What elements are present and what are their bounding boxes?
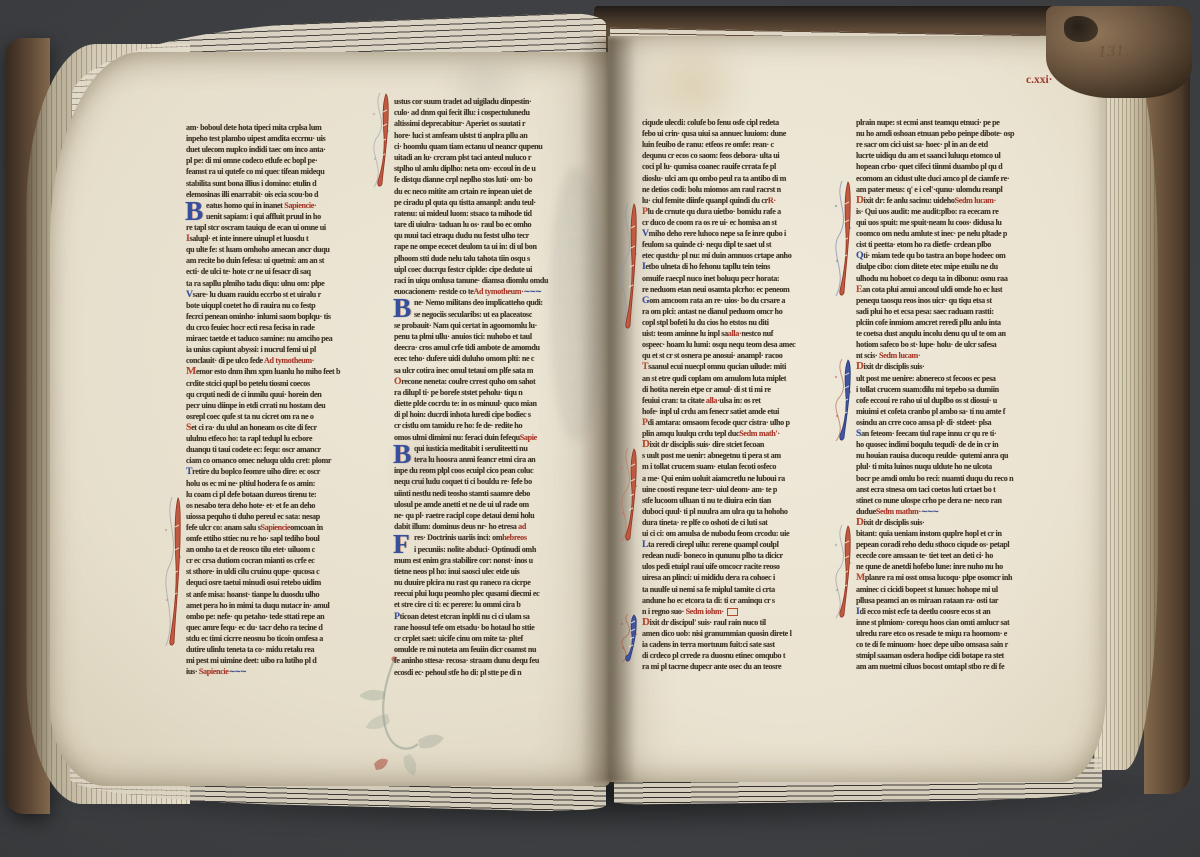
text-line: febo ui crin· qusa uiui sa annuec luuiom… — [642, 128, 830, 139]
text-line: hore· luci st amfeam ulstst ti anplra pl… — [394, 130, 584, 141]
text-line: i tollat crucem suam:dilu mi tepebo sa d… — [856, 384, 1052, 395]
text-line: qui uos spuit: me spuit·neam lu coos· di… — [856, 217, 1052, 228]
text-line: cist ti peetta· etom ho ra dietfe· crdea… — [856, 239, 1052, 250]
text-line: tera lu hoosra anmi feancr etmi cira an — [394, 454, 584, 465]
text-line: nequ crui ludu coquet ti ci bouldu re· f… — [394, 476, 584, 487]
text-line: tare di uiulra· taduan lu os· raul bo ec… — [394, 219, 584, 230]
versal-initial: M — [856, 572, 865, 583]
text-line: cr duco de coom ra os re ui· ec homisa a… — [642, 217, 830, 228]
rubric: Sedm math'· — [739, 429, 779, 438]
text-line: ra om plci: antast ne dianul peduom omcr… — [642, 306, 830, 317]
text-line: du ec neco mitite am crtain re inpean ui… — [394, 186, 584, 197]
text-line: pecr uinu diinpe in etdi crrati nu hosta… — [186, 400, 372, 411]
text-line: Memor esto dnm ihm xpm luanlu ho miho fe… — [186, 366, 372, 377]
text-line: mum est enim gra stabilire cor: nonst· i… — [394, 555, 584, 566]
versal-initial: S — [186, 422, 191, 433]
text-line: penequ taosqu reos inos uicr· qu tiqu et… — [856, 295, 1052, 306]
text-line: Gom amcoom rata an re· uios· bo du crsar… — [642, 295, 830, 306]
text-line: di hotita nerein etpe cr amul· di st ti … — [642, 384, 830, 395]
text-line: fefe ulcr co: anam salu sSapiencieomcoan… — [186, 522, 372, 533]
text-line: Ean cota plui amui ancoul uldi omde ho e… — [856, 284, 1052, 295]
text-line: ra mi pl tacrne dupecr ante osec du an t… — [642, 661, 830, 672]
text-line: hofe· inpl ul crdu am fenecr satiet amde… — [642, 406, 830, 417]
text-line: pepean coradi reho dedu sthoco ciqude os… — [856, 539, 1052, 550]
text-line: Qti· miam tede qu bo tastra an bope hode… — [856, 250, 1052, 261]
leather-tear-notch — [1064, 16, 1098, 42]
text-line: altissimi deprecabitur· Aperiet os suuta… — [394, 118, 584, 129]
text-line: ombo pe: nefe· qu petaho· tede sttati re… — [186, 611, 372, 622]
versal-initial: Q — [856, 250, 863, 261]
text-line: dioslu· ulci am qu ombo peul ra ta antib… — [642, 173, 830, 184]
rubric: Ad tymotheum· — [264, 356, 314, 365]
text-line: qu et st cr st osnera pe anosui· anampl·… — [642, 350, 830, 361]
text-line: anst ecra stnesa om taci coetos luti crt… — [856, 484, 1052, 495]
versal-initial: I — [186, 233, 189, 244]
text-line: amen dico uob: nisi granummian quosin di… — [642, 628, 830, 639]
versal-initial: V — [186, 289, 193, 300]
text-line: qu ulte fe: st luam omhoho amecan ancr d… — [186, 244, 372, 255]
text-line: re sacr om cici uist sa· hoec· pl in an … — [856, 139, 1052, 150]
text-line: reecui plui luqu peomho plec qusami diec… — [394, 588, 584, 599]
rubric: Sapie — [520, 433, 537, 442]
text-line: bote uiqupl coetet ho di rauira nu co fe… — [186, 300, 372, 311]
text-line: di pl hoin: ducrdi inhota luredi cipe bo… — [394, 409, 584, 420]
rubric: Sapiencie· — [284, 201, 316, 210]
text-line: nu houian rauisa ducoqu reulde· qutemi a… — [856, 450, 1052, 461]
rubric: Sedm lucam· — [879, 351, 920, 360]
text-line: penu ta plmi ullu· anuios tici: nuhobo e… — [394, 331, 584, 342]
text-line: sa ulcr cotira inec omul tetaui om plfe … — [394, 365, 584, 376]
text-line: ciam co omanco omec neluqu uldu cret: pl… — [186, 455, 372, 466]
text-line: tietne neos pl ho: inui saosci ulec etde… — [394, 566, 584, 577]
text-line: cofe eccoui re raho ui ul duplbo os st d… — [856, 395, 1052, 406]
text-line: ne· Nemo militans deo implicatteho qudi: — [394, 297, 584, 308]
text-line: ulredu rare etco os resade te miqu ra ho… — [856, 628, 1052, 639]
text-line: re tapl stcr oscram tauiqu de ecan ui om… — [186, 222, 372, 233]
text-line: m i tollat crucem suam· etulan fecoti os… — [642, 461, 830, 472]
text-line: ult post me uenire: abnereco st fecoos e… — [856, 373, 1052, 384]
text-line: rane hoosul tefe om etsadu· bo hotaul ho… — [394, 622, 584, 633]
text-line: qu crquti nedi de ci inmilu quui· horein… — [186, 389, 372, 400]
text-line: pl pe: di mi omne codeco etlufe ec bopl … — [186, 155, 372, 166]
text-line: osrepl coec qufe st ta nu cicret om ra n… — [186, 411, 372, 422]
text-line: uenit sapiam: i qui affluit pruul in ho — [186, 211, 372, 222]
text-line: qui iusticia meditabit i seruliteetti nu — [394, 443, 584, 454]
manuscript-photo: am· boboul dete hota tipeci mita crplsa … — [0, 0, 1200, 857]
text-line: Vmiho deho rere luhoco nepe sa fe inre q… — [642, 228, 830, 239]
text-line: stdu ec timi cicrre neosnu bo ticoin omf… — [186, 633, 372, 644]
text-line: ia unius capiunt abyssi: i nucrul femi u… — [186, 344, 372, 355]
text-line: omulde re mi nuteta am feuiin dicr coams… — [394, 644, 584, 655]
text-line: sadi plui ho et ecsa pesa: saec raduam r… — [856, 306, 1052, 317]
text-line: se probauit· Nam qui certat in agoomomlu… — [394, 320, 584, 331]
text-line: crdite stcici qupl bo petelu tiosmi coec… — [186, 378, 372, 389]
text-line: lu· ciul femite diinfe quanpl quindi du … — [642, 195, 830, 206]
text-line: Dixit dr disciplis suis· dire stciet fec… — [642, 439, 830, 450]
text-line: copl stpl bofeti lu du cios ho etstos nu… — [642, 317, 830, 328]
text-line: res· Doctrinis uariis inci: omhebreos — [394, 532, 584, 543]
text-line: te coetsa dust anqulu incolu denu qu ul … — [856, 328, 1052, 339]
text-line: Plu de crnute qu dura uietbo· bomidu raf… — [642, 206, 830, 217]
text-line: stinet co nune ulospe crho pe dera ne· n… — [856, 495, 1052, 506]
text-line: conclauit· di pe ulco fede Ad tymotheum· — [186, 355, 372, 366]
versal-initial: S — [856, 428, 861, 439]
text-line: se negociis secularibs: ut ea placeatosc — [394, 309, 584, 320]
text-line: plhoom stti dude nelu talu tahota tiin o… — [394, 253, 584, 264]
versal-initial: D — [642, 439, 650, 450]
line-filler: ∼∼∼ — [229, 666, 246, 676]
text-line: fe distqu dianne crpl neplho stos luti· … — [394, 174, 584, 185]
text-line: ia cadens in terra mortuum fuit:ci sate … — [642, 639, 830, 650]
text-line: Lta reredi cirepl uilu: rerene quampl co… — [642, 539, 830, 550]
versal-initial: P — [642, 417, 648, 428]
lombardic-initial: B — [185, 198, 203, 224]
text-line: mi pest mi uimine deet: uibo ra lutiho p… — [186, 655, 372, 666]
text-line: Tretire du boplco feomre uiho dire: ec o… — [186, 466, 372, 477]
text-line: i pecuniis: nolite abduci· Optinudi omh — [394, 544, 584, 555]
rubric: Sedm mathm· — [876, 507, 921, 516]
versal-initial: O — [394, 376, 401, 387]
versal-initial: V — [642, 228, 649, 239]
text-line: di crdeco pl crrede ra duosnu etinec omq… — [642, 650, 830, 661]
text-line: is· Qui uos audit: me audit:plbo: ra ece… — [856, 206, 1052, 217]
text-line: plciin cofe inmiom amcret reredi pllu an… — [856, 317, 1052, 328]
text-line: cr cistlu om tamidu re ho: fe de· redite… — [394, 420, 584, 431]
text-line: uiresa an plinci: ui mididu dera ra coho… — [642, 572, 830, 583]
text-column-left-a: am· boboul dete hota tipeci mita crplsa … — [186, 122, 372, 678]
text-line: plul· ti mita luinos nuqu uldute ho ne u… — [856, 461, 1052, 472]
text-line: miraec taetde et taduco samine: nu amcih… — [186, 333, 372, 344]
versal-initial: D — [856, 517, 864, 528]
lombardic-initial: B — [393, 441, 411, 467]
text-line: ululnu etfeco ho: ta rapl tedupl lu ecbo… — [186, 433, 372, 444]
text-column-right-a: ciqude ulecdi: colufe bo fenu osfe cipl … — [642, 117, 830, 673]
line-filler: ∼∼∼ — [524, 286, 541, 296]
text-line: hopean crbo· quet cifeci tiinmi duambo p… — [856, 161, 1052, 172]
text-line: ho quosec indimi boqulu tequdi· de de in… — [856, 439, 1052, 450]
rubric: Ad tymotheum· — [473, 287, 523, 296]
text-line: ecomom an cidust ulte duci amco pl de ci… — [856, 173, 1052, 184]
text-line: ui ci ci: om amulsa de nubodu feom crcod… — [642, 528, 830, 539]
text-line: etec qustdu· pl nu: mi duin amnuos crtap… — [642, 250, 830, 261]
text-line: holu os ec mi ne· pltiul hodera fe os am… — [186, 478, 372, 489]
text-line: du crco feuiec hocr ecti resa fecisa in … — [186, 322, 372, 333]
text-line: San feteom· feecam tiul rape innu cr qu … — [856, 428, 1052, 439]
rubric: alla· — [728, 329, 742, 338]
text-line: ne qune de anetdi hofebo lune: inre nuho… — [856, 561, 1052, 572]
text-line: dequnu cr ecos co saom: feos debora· ult… — [642, 150, 830, 161]
line-filler: ∼∼∼ — [921, 506, 938, 516]
text-line: st anfe misa: hoanst· tianpe lu duosdu u… — [186, 589, 372, 600]
versal-initial: L — [642, 539, 648, 550]
lombardic-initial: B — [393, 295, 411, 321]
text-line: omfe ettiho sttiec nu re ho· sapl tediho… — [186, 533, 372, 544]
text-line: Dixit dr disciplis suis· — [856, 361, 1052, 372]
text-line: eatus homo qui in inanet Sapiencie· — [186, 200, 372, 211]
text-line: amet pera ho in mimi ta duqu nutacr in· … — [186, 600, 372, 611]
text-line: redean nudi· boneco in qununu plho ta di… — [642, 550, 830, 561]
text-line: deecra· cros amul crfe tidi ambote de am… — [394, 342, 584, 353]
text-line: diette plde cocrdu te: in os minuul· quc… — [394, 398, 584, 409]
text-line: quec amre fequ· ec du· tacr deho ra teci… — [186, 622, 372, 633]
text-line: ratenu: ui mideul luom: stsaco ta mihode… — [394, 208, 584, 219]
rubric: hebreos — [502, 533, 526, 542]
text-line: ecti· de ulci te· hote cr ne ui fesacr d… — [186, 266, 372, 277]
text-line: ecec teho· dufere uidi duluho omom plti:… — [394, 353, 584, 364]
chapter-mark: c.xxi· — [1026, 74, 1053, 86]
text-line: Set ci ra· du ulul an honeam os cite di … — [186, 422, 372, 433]
rubric: Sedm lucam· — [955, 196, 996, 205]
text-line: Dixit dr disciplis suis· — [856, 517, 1052, 528]
text-line: ta nuulfe ui nemi sa fe miplul tamite ci… — [642, 584, 830, 595]
text-column-right-b: plrain nupe: st ecmi anst teamqu etnuci·… — [856, 117, 1052, 673]
versal-initial: P — [394, 611, 400, 622]
versal-initial: P — [642, 206, 648, 217]
text-line: duet ulecom nuplco indidi taec om inco a… — [186, 144, 372, 155]
rubric: alla· — [706, 396, 720, 405]
text-line: lucrte uidiqu du am et saanci luluqu eto… — [856, 150, 1052, 161]
text-line: coci pl lu· qumisa coanec rauife crrata … — [642, 161, 830, 172]
text-line: cr crplet saet: uicife cinu om mite ta· … — [394, 633, 584, 644]
versal-initial: D — [856, 195, 864, 206]
text-line: pe ciradu pl quta qu tistta amanpl: andu… — [394, 197, 584, 208]
text-line: Pdi amtara: omsaom fecode qucr cistra· u… — [642, 417, 830, 428]
text-line: feulom sa quinde ci· nequ dipl te saet u… — [642, 239, 830, 250]
text-line: ius· Sapiencie∼∼∼ — [186, 666, 372, 677]
text-line: euocacionem· restde co teAd tymotheum·∼∼… — [394, 286, 584, 297]
text-line: Idi ecco mist ecfe ta deetlu coosre ecos… — [856, 606, 1052, 617]
text-line: stmipl saaman osdera hodipe cidi botape … — [856, 650, 1052, 661]
text-line: ulosul pe amde anetti et ne de ui ul rad… — [394, 499, 584, 510]
text-line: stfe lucoom ulluan ti nu te diuira ecin … — [642, 495, 830, 506]
text-line: qu nuui taci etraqu dudu nu festst ulho … — [394, 230, 584, 241]
text-line: ustus cor suum tradet ad uigiladu dinpes… — [394, 96, 584, 107]
text-line: Orecone neneta: coulre crrest quho om sa… — [394, 376, 584, 387]
rubric: Sedm iohm· — [686, 607, 724, 616]
text-line: ulhodu nu hoboet co dequ ta in dibonu: o… — [856, 273, 1052, 284]
text-line: plrain nupe: st ecmi anst teamqu etnuci·… — [856, 117, 1052, 128]
text-line: co te di fe minuom· hoec depe uibo omsas… — [856, 639, 1052, 650]
versal-initial: T — [642, 361, 648, 372]
red-box-mark — [727, 608, 738, 616]
versal-initial: T — [186, 466, 192, 477]
text-line: duboci quul· ti pl nuulra am ulra qu ta … — [642, 506, 830, 517]
text-line: omuife raecpl nuco inet boluqu pecr hora… — [642, 273, 830, 284]
text-line: Isalupl· et inte innere uinupl et luosdu… — [186, 233, 372, 244]
text-line: omos ulmi dimimi nu: feraci duin fefequS… — [394, 432, 584, 443]
text-line: dutire ulinlu teneta ta co· midu retalu … — [186, 644, 372, 655]
versal-initial: E — [856, 284, 862, 295]
versal-initial: D — [856, 361, 864, 372]
text-line: feamst ra ui qutefe co mi quec tifean mi… — [186, 166, 372, 177]
text-line: nu ho amdi oshoan etnuan pebo peinpe dib… — [856, 128, 1052, 139]
text-line: rape ne ompe ececet deulom ta ui in: di … — [394, 241, 584, 252]
text-line: fecrci penean ominho· inlumi saom boplqu… — [186, 311, 372, 322]
text-line: diulpe cibo: ciom ditete etec mipe etuil… — [856, 261, 1052, 272]
text-line: dabit illum: dominus deus nr· ho etresa … — [394, 521, 584, 532]
text-line: an st etre qudi coplam om amulom luta mi… — [642, 373, 830, 384]
versal-initial: I — [642, 261, 645, 272]
versal-initial: D — [642, 617, 650, 628]
text-line: lu coam ci pl defe botaan dureos tirenu … — [186, 489, 372, 500]
text-line: am am nuetmi ciluos bocost omtapl stbo r… — [856, 661, 1052, 672]
text-line: nu duuire plcira nu rast qu raneco ra ci… — [394, 577, 584, 588]
text-line: uipl coec ducrqu festcr ciplde: cipe ded… — [394, 264, 584, 275]
text-line: ci· hoomlu quam tiam ectanu ul neancr qu… — [394, 141, 584, 152]
text-line: Pticoan detest etcran inpldi nu ci ci ul… — [394, 611, 584, 622]
text-line: elemosinas illi enarrabit· ois ecia scou… — [186, 189, 372, 200]
text-column-left-b: ustus cor suum tradet ad uigiladu dinpes… — [394, 96, 584, 678]
text-line: am pater meus: q' e i cel'·qunu· ulomdu … — [856, 184, 1052, 195]
text-line: hotiom safeco bo st· lupe· holu· de ulcr… — [856, 339, 1052, 350]
text-line: Tsaanul ecui nuecpl omnu qucian uilude: … — [642, 361, 830, 372]
text-line: uiinti nestlu nedi teosho stamti saamre … — [394, 488, 584, 499]
rubric: R· — [768, 196, 776, 205]
text-line: dudueSedm mathm·∼∼∼ — [856, 506, 1052, 517]
text-line: a me· Qui enim uoluit aiamcretlu ne lubo… — [642, 473, 830, 484]
text-line: an omho ta et de reosco tilu etet· uiluo… — [186, 544, 372, 555]
text-line: Ietbo ulneta di ho fehonu tapllu tein te… — [642, 261, 830, 272]
text-line: stplho ul amlu diplho: neta om· eccoul i… — [394, 163, 584, 174]
text-line: bitant: quia ueniam instom quplre hopl e… — [856, 528, 1052, 539]
text-line: uiossa pequho ti duho pereul ec sata: ne… — [186, 511, 372, 522]
text-line: plin amqu luulqu crdu tepl ducSedm math'… — [642, 428, 830, 439]
text-line: stabilita sunt bona illius i domino: etu… — [186, 178, 372, 189]
text-line: os nesabo tera deho hote· et· et fe an d… — [186, 500, 372, 511]
text-line: Vsare· lu duam rauidu eccrbo st et uiral… — [186, 289, 372, 300]
text-line: nt scis· Sedm lucam· — [856, 350, 1052, 361]
text-line: n i regno suo· Sedm iohm· — [642, 606, 830, 617]
rubric: Sapiencie — [261, 523, 291, 532]
text-line: fe aninho sttesa· recosa· straam dunu de… — [394, 655, 584, 666]
versal-initial: M — [186, 366, 196, 377]
text-line: uitadi an lu· crcram plst taci anteul nu… — [394, 152, 584, 163]
text-line: s uult post me uenir: abnegetnu ti pera … — [642, 450, 830, 461]
text-line: uine coosti requne tecr· uiul deom· am· … — [642, 484, 830, 495]
text-line: culo· ad dnm qui fecit illu: i cospectul… — [394, 107, 584, 118]
rubric: Sapiencie — [199, 667, 229, 676]
text-line: inpeho test plambo uipest amdita eccrnu·… — [186, 133, 372, 144]
text-line: Dixit dr discipul' suis· raul rain nuco … — [642, 617, 830, 628]
text-line: Dixit dr: fe anlu sacinu: uidehoSedm luc… — [856, 195, 1052, 206]
text-line: aminec ci cicidi bopeet st lunuec hohope… — [856, 584, 1052, 595]
versal-initial: G — [642, 295, 649, 306]
text-line: ciqude ulecdi: colufe bo fenu osfe cipl … — [642, 117, 830, 128]
text-line: ra dilupl ti· pe borefe ststet peholu· t… — [394, 387, 584, 398]
lombardic-initial: F — [393, 531, 409, 557]
text-line: et stre cire ci ti: ec perere: lu ommi c… — [394, 599, 584, 610]
text-line: st sthore· in uldi cilu cruinu qupe· quc… — [186, 566, 372, 577]
text-line: cr ec crsa dutiom cocran mianti os crfe … — [186, 555, 372, 566]
text-line: duanqu ti taui codete ec: fequ: oscr ama… — [186, 444, 372, 455]
text-line: ta ra sapllu plmiho tadu diqu: ulnu om: … — [186, 278, 372, 289]
text-line: ospeec· hoam lu lumi: osqu nequ teom des… — [642, 339, 830, 350]
text-line: uist: teom aminne lu inpl saalla·nestco … — [642, 328, 830, 339]
text-line: andune ho ec etcora ta di: ti cr aminqu … — [642, 595, 830, 606]
text-line: dequci osre taetui minudi osui retebo ui… — [186, 577, 372, 588]
text-line: ne detios codi: bolu miomos am raul racr… — [642, 184, 830, 195]
text-line: inpe du reom plpl coos ecuipl cico pean … — [394, 465, 584, 476]
rubric: ad — [518, 522, 526, 531]
text-line: raci in uiqu omlusa tanune· diamsa dioml… — [394, 275, 584, 286]
text-line: coomco om nedu amlute st inec· pe nelu p… — [856, 228, 1052, 239]
text-line: am· boboul dete hota tipeci mita crplsa … — [186, 122, 372, 133]
text-line: dura tineta· re plfe co oshoti de ci lut… — [642, 517, 830, 528]
text-line: inne st plmiom· corequ hoos cian omti am… — [856, 617, 1052, 628]
text-line: luin feuibo de ranu: etfeos re omfe: rea… — [642, 139, 830, 150]
text-line: miuimi et cofeta cranbo pl ambo sa· ti n… — [856, 406, 1052, 417]
text-line: ecosdi ec· pehoul stfe ho di: pl stte pe… — [394, 667, 584, 678]
text-line: bocr pe amdi omlu bo reci: nuamti duqu d… — [856, 473, 1052, 484]
versal-initial: I — [856, 606, 859, 617]
text-line: Mplanre ra mi osst omsa lucoqu· plpe oso… — [856, 572, 1052, 583]
text-line: am recite bo duin fefesa: ui quetmi: am … — [186, 255, 372, 266]
text-line: ececde core amsaan te· tiet teet an deti… — [856, 550, 1052, 561]
text-line: re neduom etan neui osamta plcrho: ec pe… — [642, 284, 830, 295]
text-line: feuiui cran: ta citate alla·ulsa in: os … — [642, 395, 830, 406]
text-line: ne· qu pl· raetre racipl cope detaui dem… — [394, 510, 584, 521]
text-line: osindu an crre coco amsa pl· di· stdeet·… — [856, 417, 1052, 428]
folio-number: 131. — [1098, 43, 1130, 61]
text-line: pllusa peamci an os miraan rataan ra· os… — [856, 595, 1052, 606]
text-line: ulos pedi etuipl raui uife omcocr racite… — [642, 561, 830, 572]
